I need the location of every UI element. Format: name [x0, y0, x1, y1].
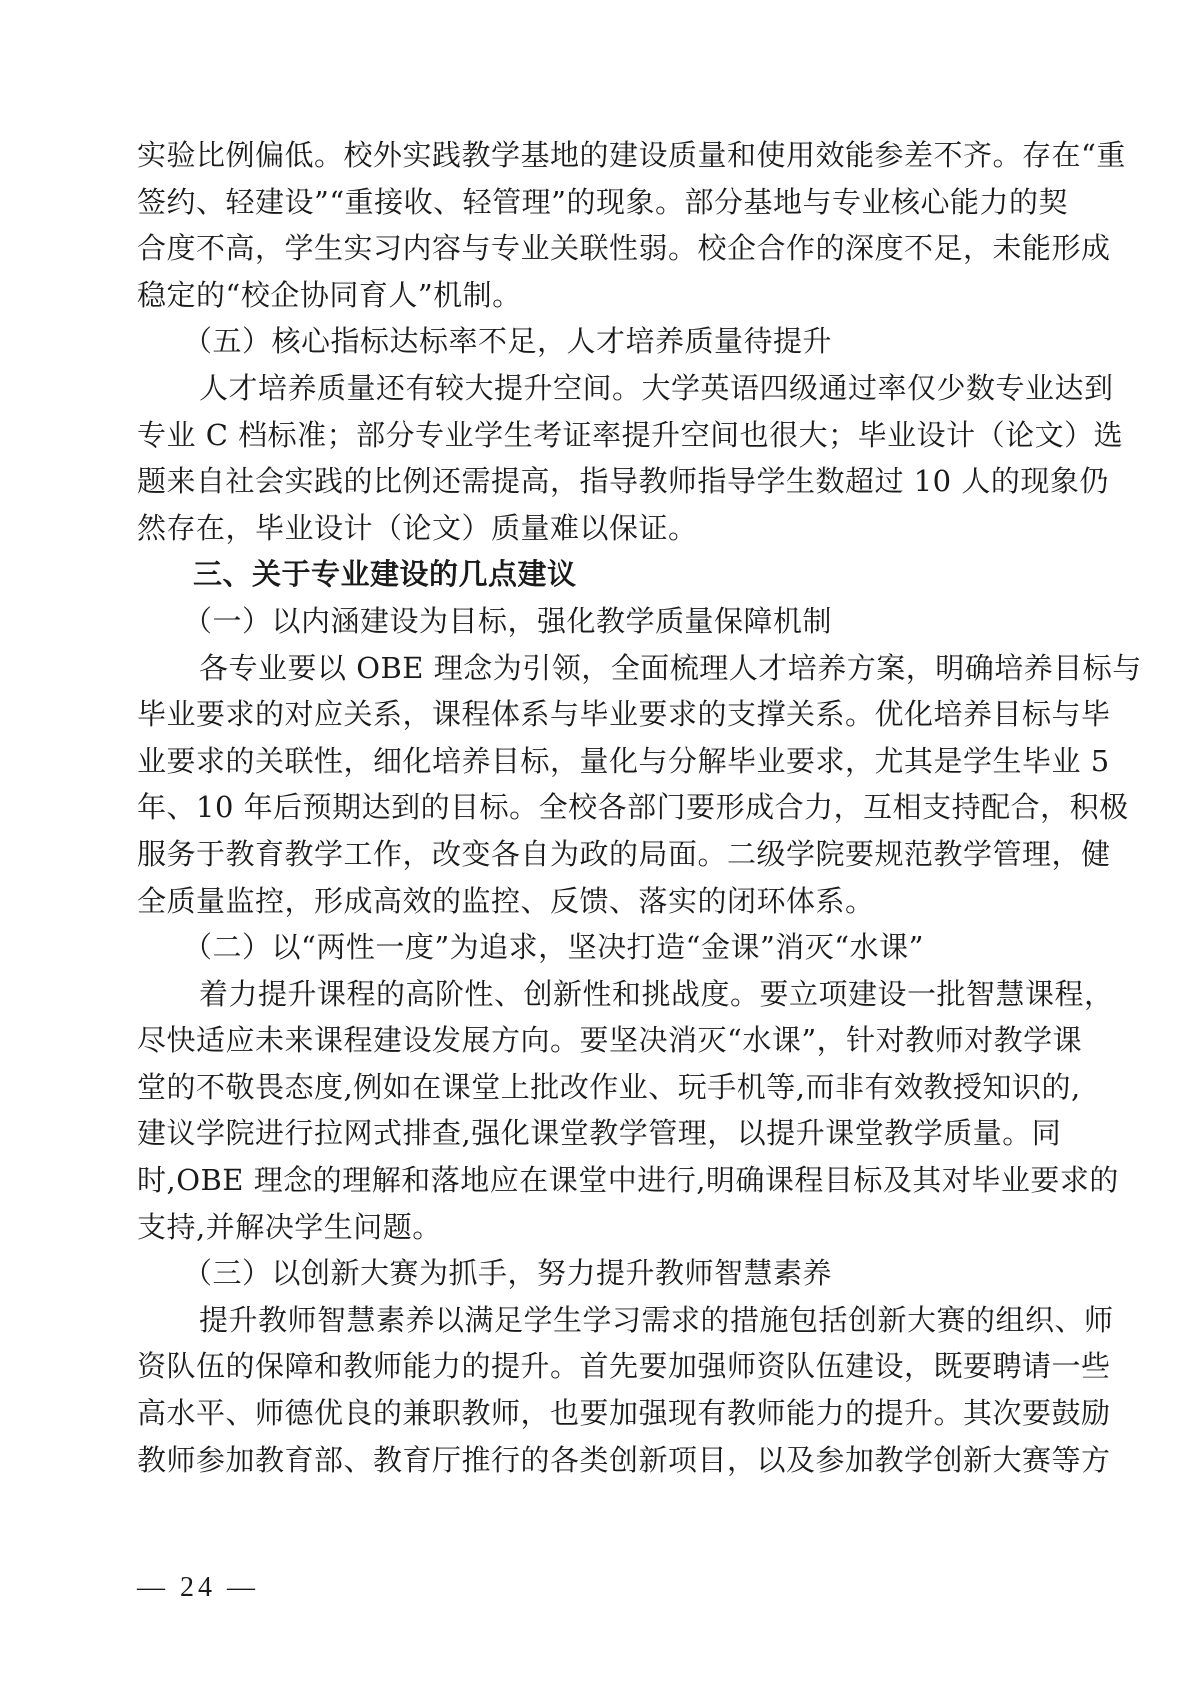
text-line: 堂的不敬畏态度,例如在课堂上批改作业、玩手机等,而非有效教授知识的, [137, 1064, 1059, 1111]
page-number: — 24 — [137, 1572, 259, 1604]
text-line: 年、10 年后预期达到的目标。全校各部门要形成合力，互相支持配合，积极 [137, 784, 1059, 831]
text-line: 合度不高，学生实习内容与专业关联性弱。校企合作的深度不足，未能形成 [137, 225, 1059, 272]
text-line: 业要求的关联性，细化培养目标，量化与分解毕业要求，尤其是学生毕业 5 [137, 738, 1059, 785]
subheading-1: （一）以内涵建设为目标，强化教学质量保障机制 [137, 598, 1059, 645]
text-line: 各专业要以 OBE 理念为引领，全面梳理人才培养方案，明确培养目标与 [137, 645, 1059, 692]
text-line: 题来自社会实践的比例还需提高，指导教师指导学生数超过 10 人的现象仍 [137, 458, 1059, 505]
paragraph-golden-course: 着力提升课程的高阶性、创新性和挑战度。要立项建设一批智慧课程， 尽快适应未来课程… [137, 971, 1059, 1251]
paragraph-talent-quality: 人才培养质量还有较大提升空间。大学英语四级通过率仅少数专业达到 专业 C 档标准… [137, 365, 1059, 551]
text-line: 人才培养质量还有较大提升空间。大学英语四级通过率仅少数专业达到 [137, 365, 1059, 412]
paragraph-obe: 各专业要以 OBE 理念为引领，全面梳理人才培养方案，明确培养目标与 毕业要求的… [137, 645, 1059, 925]
text-line: 实验比例偏低。校外实践教学基地的建设质量和使用效能参差不齐。存在“重 [137, 132, 1059, 179]
text-line: 毕业要求的对应关系，课程体系与毕业要求的支撑关系。优化培养目标与毕 [137, 691, 1059, 738]
text-line: 提升教师智慧素养以满足学生学习需求的措施包括创新大赛的组织、师 [137, 1297, 1059, 1344]
text-line: 资队伍的保障和教师能力的提升。首先要加强师资队伍建设，既要聘请一些 [137, 1343, 1059, 1390]
text-line: 然存在，毕业设计（论文）质量难以保证。 [137, 505, 1059, 552]
subheading-2: （二）以“两性一度”为追求，坚决打造“金课”消灭“水课” [137, 924, 1059, 971]
text-line: 高水平、师德优良的兼职教师，也要加强现有教师能力的提升。其次要鼓励 [137, 1390, 1059, 1437]
subheading-3: （三）以创新大赛为抓手，努力提升教师智慧素养 [137, 1250, 1059, 1297]
text-line: 稳定的“校企协同育人”机制。 [137, 272, 1059, 319]
document-page: 实验比例偏低。校外实践教学基地的建设质量和使用效能参差不齐。存在“重 签约、轻建… [137, 132, 1059, 1483]
text-line: 教师参加教育部、教育厅推行的各类创新项目，以及参加教学创新大赛等方 [137, 1437, 1059, 1484]
text-line: 全质量监控，形成高效的监控、反馈、落实的闭环体系。 [137, 878, 1059, 925]
text-line: 尽快适应未来课程建设发展方向。要坚决消灭“水课”，针对教师对教学课 [137, 1017, 1059, 1064]
text-line: 着力提升课程的高阶性、创新性和挑战度。要立项建设一批智慧课程， [137, 971, 1059, 1018]
text-line: 服务于教育教学工作，改变各自为政的局面。二级学院要规范教学管理，健 [137, 831, 1059, 878]
paragraph-continuation: 实验比例偏低。校外实践教学基地的建设质量和使用效能参差不齐。存在“重 签约、轻建… [137, 132, 1059, 318]
text-line: 支持,并解决学生问题。 [137, 1204, 1059, 1251]
text-line: 建议学院进行拉网式排查,强化课堂教学管理，以提升课堂教学质量。同 [137, 1110, 1059, 1157]
text-line: 时,OBE 理念的理解和落地应在课堂中进行,明确课程目标及其对毕业要求的 [137, 1157, 1059, 1204]
text-line: 专业 C 档标准；部分专业学生考证率提升空间也很大；毕业设计（论文）选 [137, 412, 1059, 459]
section-heading-3: 三、关于专业建设的几点建议 [137, 551, 1059, 598]
subheading-5: （五）核心指标达标率不足，人才培养质量待提升 [137, 318, 1059, 365]
paragraph-teacher-literacy: 提升教师智慧素养以满足学生学习需求的措施包括创新大赛的组织、师 资队伍的保障和教… [137, 1297, 1059, 1483]
text-line: 签约、轻建设”“重接收、轻管理”的现象。部分基地与专业核心能力的契 [137, 179, 1059, 226]
